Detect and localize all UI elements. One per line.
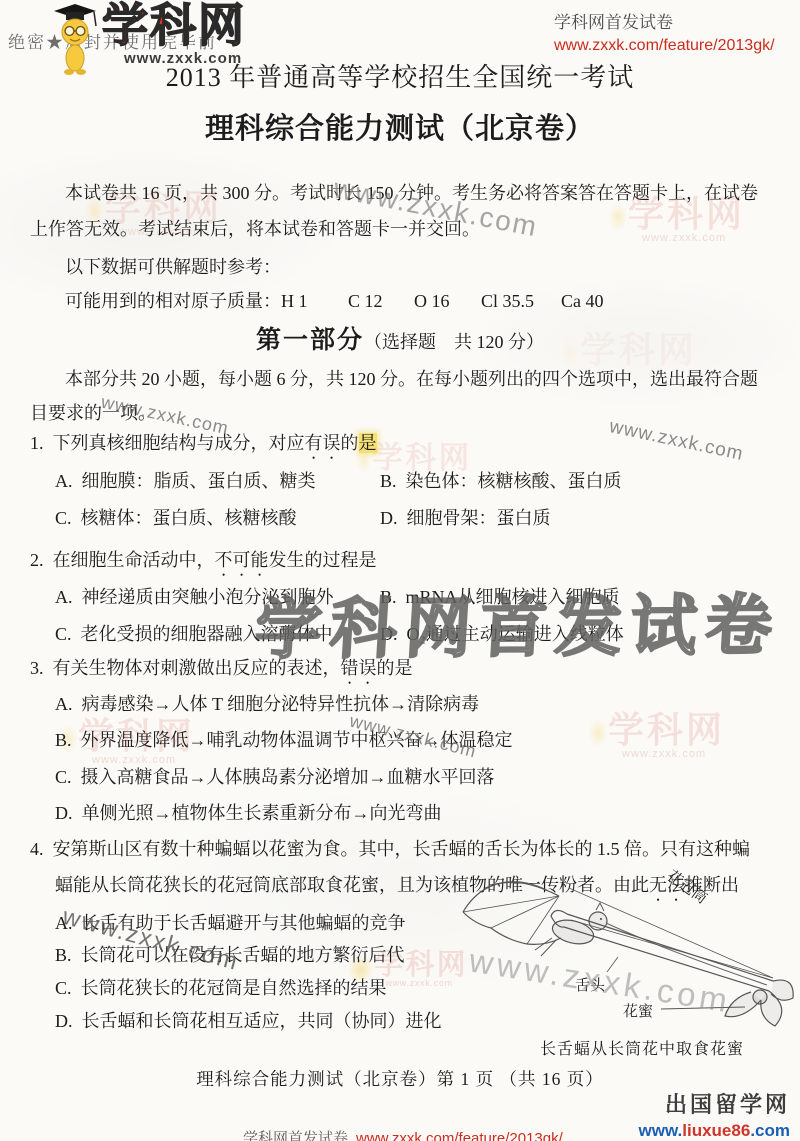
zxxk-logo-watermark: 学科网 www.zxxk.com — [588, 712, 725, 760]
option-text: 神经递质由突触小泡分泌到胞外 — [82, 587, 334, 607]
stem-text: 安第斯山区有数十种蝙蝠以花蜜为食。其中，长舌蝠的舌长为体长的 1.5 倍。只有这… — [53, 839, 751, 859]
option-label: A. — [55, 587, 73, 607]
bat-flower-figure: 花冠筒 舌头 花蜜 — [455, 858, 800, 1063]
option-label: C. — [55, 624, 72, 644]
stem-text: 下列真核细胞结构与成分，对应 — [53, 433, 305, 453]
stem-text: 的是 — [377, 658, 413, 678]
option-text: 长舌有助于长舌蝠避开与其他蝙蝠的竞争 — [82, 913, 406, 933]
option-text: 长舌蝠和长筒花相互适应，共同（协同）进化 — [82, 1011, 442, 1031]
option-text: 病毒感染→人体 T 细胞分泌特异性抗体→清除病毒 — [82, 694, 480, 714]
liuxue-url-tld: .com — [750, 1121, 790, 1140]
stem-text: 发生的过程是 — [269, 550, 377, 570]
question-stem: 3.有关生物体对刺激做出反应的表述，错误的是 — [30, 657, 413, 688]
option-row: C.摄入高糖食品→人体胰岛素分泌增加→血糖水平回落 — [55, 766, 495, 789]
figure-caption: 长舌蝠从长筒花中取食花蜜 — [540, 1036, 744, 1059]
option-row: A.长舌有助于长舌蝠避开与其他蝙蝠的竞争 — [55, 912, 406, 935]
option-label: B. — [380, 587, 397, 607]
option-label: A. — [55, 694, 73, 714]
bottom-note: 学科网首发试卷 — [243, 1130, 348, 1141]
option-text: 外界温度降低→哺乳动物体温调节中枢兴奋→体温稳定 — [81, 730, 513, 750]
figure-label-nectar: 花蜜 — [623, 1000, 653, 1021]
option-row: A.细胞膜：脂质、蛋白质、糖类 — [55, 470, 316, 493]
mascot-blob-icon — [588, 718, 608, 748]
mascot-blob-icon — [608, 202, 628, 232]
scanned-exam-page: 学科网 www.zxxk.com 学科网 www.zxxk.com 学科网 学科… — [0, 0, 800, 1141]
option-text: 细胞骨架：蛋白质 — [407, 508, 551, 528]
option-text: 老化受损的细胞器融入溶酶体中 — [81, 624, 333, 644]
section-desc: 本部分共 20 小题，每小题 6 分，共 120 分。在每小题列出的四个选项中，… — [65, 368, 758, 391]
watermark-logo-url: www.zxxk.com — [642, 232, 745, 244]
option-label: B. — [55, 945, 72, 965]
option-row: D.O₂通过主动运输进入线粒体 — [380, 623, 624, 646]
option-label: C. — [55, 508, 72, 528]
data-reference-note: 以下数据可供解题时参考： — [65, 256, 281, 279]
exam-title: 2013 年普通高等学校招生全国统一考试 — [0, 57, 800, 94]
highlighted-char: 是 — [359, 433, 377, 453]
option-label: A. — [55, 913, 73, 933]
option-label: D. — [380, 624, 398, 644]
stem-text: 在细胞生命活动中， — [53, 550, 215, 570]
option-row: D.细胞骨架：蛋白质 — [380, 507, 551, 530]
option-row: C.核糖体：蛋白质、核糖核酸 — [55, 507, 297, 530]
stem-text: 的 — [341, 433, 359, 453]
watermark-logo-url: www.zxxk.com — [92, 754, 195, 766]
option-row: B.mRNA从细胞核进入细胞质 — [380, 586, 620, 609]
option-text: 核糖体：蛋白质、核糖核酸 — [81, 508, 297, 528]
option-text: 摄入高糖食品→人体胰岛素分泌增加→血糖水平回落 — [81, 767, 495, 787]
section-subtitle: （选择题 共 120 分） — [364, 332, 544, 352]
watermark-logo-text: 学科网 — [372, 443, 471, 474]
question-number: 4. — [30, 839, 44, 859]
option-label: D. — [55, 1011, 73, 1031]
bottom-url: www.zxxk.com/feature/2013gk/ — [356, 1130, 563, 1141]
option-text: O₂通过主动运输进入线粒体 — [407, 624, 624, 644]
question-stem: 1.下列真核细胞结构与成分，对应有误的是 — [30, 432, 377, 463]
option-label: B. — [380, 471, 397, 491]
option-label: C. — [55, 978, 72, 998]
publisher-note: 学科网首发试卷 — [554, 8, 775, 33]
stem-emphasis: 有误 — [305, 433, 341, 453]
option-row: C.老化受损的细胞器融入溶酶体中 — [55, 623, 333, 646]
option-text: 长筒花狭长的花冠筒是自然选择的结果 — [81, 978, 387, 998]
option-label: C. — [55, 767, 72, 787]
brand-text: 学科网 — [102, 2, 246, 48]
option-row: B.外界温度降低→哺乳动物体温调节中枢兴奋→体温稳定 — [55, 729, 513, 752]
stem-text: 有关生物体对刺激做出反应的表述， — [53, 658, 341, 678]
section-heading: 第一部分（选择题 共 120 分） — [0, 320, 800, 356]
publisher-block: 学科网首发试卷 www.zxxk.com/feature/2013gk/ — [554, 8, 775, 55]
intro-line: 本试卷共 16 页，共 300 分。考试时长 150 分钟。考生务必将答案答在答… — [65, 182, 758, 205]
question-number: 3. — [30, 658, 44, 678]
section-desc: 目要求的一项。 — [30, 402, 156, 425]
liuxue-brand: 出国留学网 — [639, 1088, 791, 1119]
watermark-url: www.zxxk.com — [607, 416, 745, 466]
figure-label-tongue: 舌头 — [575, 974, 605, 995]
exam-subtitle: 理科综合能力测试（北京卷） — [0, 106, 800, 147]
watermark-logo-text: 学科网 — [608, 712, 725, 748]
option-label: D. — [380, 508, 398, 528]
option-label: A. — [55, 471, 73, 491]
stem-emphasis: 错误 — [341, 658, 377, 678]
option-row: A.病毒感染→人体 T 细胞分泌特异性抗体→清除病毒 — [55, 693, 479, 716]
bottom-publisher-line: 学科网首发试卷www.zxxk.com/feature/2013gk/ — [243, 1127, 563, 1141]
option-row: B.长筒花可以在没有长舌蝠的地方繁衍后代 — [55, 944, 405, 967]
option-text: mRNA从细胞核进入细胞质 — [406, 587, 620, 607]
option-text: 单侧光照→植物体生长素重新分布→向光弯曲 — [82, 803, 442, 823]
liuxue-url: www.liuxue86.com — [639, 1121, 791, 1141]
watermark-logo-url: www.zxxk.com — [622, 748, 725, 760]
option-text: 染色体：核糖核酸、蛋白质 — [406, 471, 622, 491]
liuxue-url-domain: liuxue86 — [682, 1121, 750, 1140]
intro-line: 上作答无效。考试结束后，将本试卷和答题卡一并交回。 — [30, 218, 480, 241]
bat-flower-illustration — [455, 858, 800, 1063]
question-stem: 2.在细胞生命活动中，不可能发生的过程是 — [30, 549, 377, 580]
option-row: D.单侧光照→植物体生长素重新分布→向光弯曲 — [55, 802, 442, 825]
option-row: B.染色体：核糖核酸、蛋白质 — [380, 470, 622, 493]
option-row: C.长筒花狭长的花冠筒是自然选择的结果 — [55, 977, 387, 1000]
option-label: D. — [55, 803, 73, 823]
liuxue-block: 出国留学网 www.liuxue86.com — [639, 1088, 791, 1141]
option-text: 长筒花可以在没有长舌蝠的地方繁衍后代 — [81, 945, 405, 965]
option-text: 细胞膜：脂质、蛋白质、糖类 — [82, 471, 316, 491]
publisher-link: www.zxxk.com/feature/2013gk/ — [554, 37, 775, 55]
atomic-mass-line: 可能用到的相对原子质量：H 1 C 12 O 16 Cl 35.5 Ca 40 — [65, 290, 604, 313]
question-number: 2. — [30, 550, 44, 570]
liuxue-url-www: www. — [639, 1121, 683, 1140]
stem-emphasis: 不可能 — [215, 550, 269, 570]
section-title: 第一部分 — [256, 327, 364, 354]
option-row: A.神经递质由突触小泡分泌到胞外 — [55, 586, 334, 609]
option-row: D.长舌蝠和长筒花相互适应，共同（协同）进化 — [55, 1010, 442, 1033]
question-number: 1. — [30, 433, 44, 453]
option-label: B. — [55, 730, 72, 750]
